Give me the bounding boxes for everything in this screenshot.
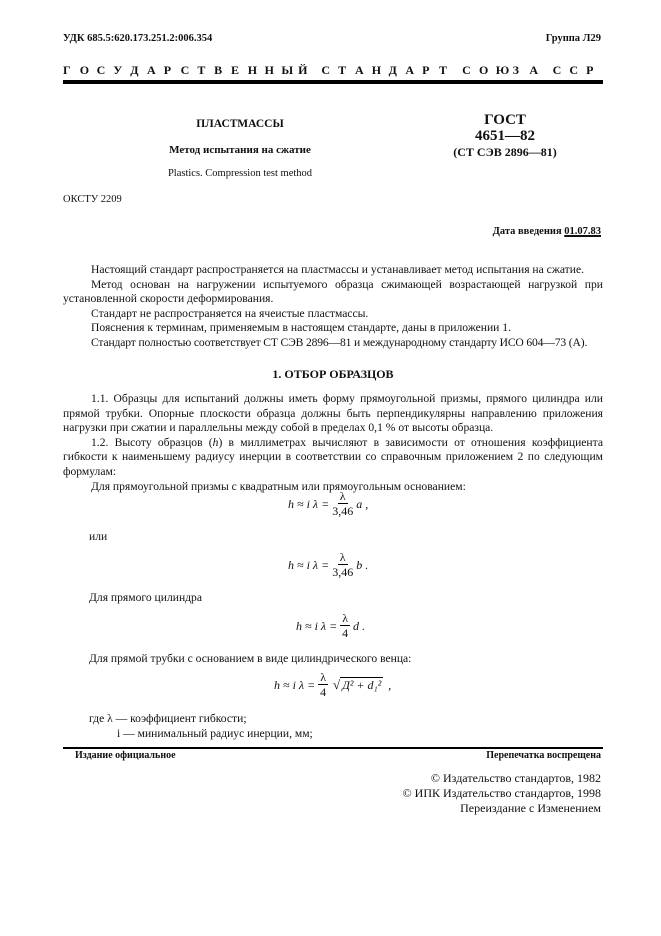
formula-var: d .: [353, 619, 365, 634]
radical-sign: √: [333, 677, 340, 693]
square-root: √Д² + d₁²: [333, 677, 383, 693]
formula-lhs: h ≈ i λ =: [288, 558, 329, 573]
formula-punct: ,: [388, 678, 391, 693]
date-label: Дата введения: [493, 226, 562, 237]
formula-prism-b: h ≈ i λ = λ3,46 b .: [288, 551, 368, 579]
copyright-1982: © Издательство стандартов, 1982: [431, 771, 601, 786]
st-sev-number: (СТ СЭВ 2896—81): [420, 145, 590, 160]
formula-prism-a: h ≈ i λ = λ3,46 a ,: [288, 490, 368, 518]
gost-label: ГОСТ: [420, 112, 590, 129]
denominator: 3,46: [332, 565, 353, 579]
cylinder-intro: Для прямого цилиндра: [89, 591, 202, 604]
udk-code: УДК 685.5:620.173.251.2:006.354: [63, 33, 212, 44]
banner-word: ГОСУДАРСТВЕННЫЙ: [63, 63, 315, 78]
clause-text: 1.2. Высоту образцов (: [91, 436, 213, 449]
formula-tube: h ≈ i λ = λ4 √Д² + d₁² ,: [274, 671, 391, 699]
state-standard-banner: ГОСУДАРСТВЕННЫЙСТАНДАРТСОЮЗАССР: [63, 63, 603, 78]
group-code: Группа Л29: [546, 33, 601, 44]
banner-word: ССР: [553, 63, 603, 78]
numerator: λ: [338, 551, 348, 565]
banner-word: СОЮЗА: [462, 63, 546, 78]
intro-paragraph: Настоящий стандарт распространяется на п…: [63, 263, 603, 278]
section1-paragraphs: 1.1. Образцы для испытаний должны иметь …: [63, 392, 603, 494]
fraction: λ4: [318, 671, 328, 699]
where-lambda: где λ — коэффициент гибкости;: [89, 712, 247, 725]
formula-var: a ,: [356, 497, 368, 512]
clause-1-2: 1.2. Высоту образцов (h) в миллиметрах в…: [63, 436, 603, 480]
okstu-code: ОКСТУ 2209: [63, 194, 122, 205]
official-edition: Издание официальное: [75, 750, 176, 761]
formula-cylinder: h ≈ i λ = λ4 d .: [296, 612, 365, 640]
or-text: или: [89, 530, 107, 543]
document-title: ПЛАСТМАССЫ: [120, 118, 360, 130]
formula-lhs: h ≈ i λ =: [296, 619, 337, 634]
reissue-note: Переиздание с Изменением: [460, 801, 601, 816]
gost-number: 4651—82: [420, 128, 590, 145]
intro-paragraph: Пояснения к терминам, применяемым в наст…: [63, 321, 603, 336]
header-rule: [63, 80, 603, 84]
copyright-1998: © ИПК Издательство стандартов, 1998: [403, 786, 601, 801]
banner-word: СТАНДАРТ: [321, 63, 455, 78]
where-i: i — минимальный радиус инерции, мм;: [117, 727, 313, 740]
tube-intro: Для прямой трубки с основанием в виде ци…: [89, 652, 411, 665]
denominator: 4: [320, 685, 326, 699]
fraction: λ3,46: [332, 490, 353, 518]
clause-1-1: 1.1. Образцы для испытаний должны иметь …: [63, 392, 603, 436]
numerator: λ: [318, 671, 328, 685]
numerator: λ: [338, 490, 348, 504]
document-subtitle: Метод испытания на сжатие: [120, 144, 360, 156]
formula-var: b .: [356, 558, 368, 573]
reprint-prohibited: Перепечатка воспрещена: [486, 750, 601, 761]
introduction-date: Дата введения 01.07.83: [493, 226, 601, 237]
intro-paragraph: Стандарт полностью соответствует СТ СЭВ …: [63, 336, 603, 351]
formula-lhs: h ≈ i λ =: [288, 497, 329, 512]
radicand: Д² + d₁²: [340, 677, 383, 693]
formula-lhs: h ≈ i λ =: [274, 678, 315, 693]
section-heading: 1. ОТБОР ОБРАЗЦОВ: [63, 367, 603, 382]
numerator: λ: [340, 612, 350, 626]
footer-rule: [63, 747, 603, 749]
english-title: Plastics. Compression test method: [120, 168, 360, 179]
intro-paragraphs: Настоящий стандарт распространяется на п…: [63, 263, 603, 351]
intro-paragraph: Метод основан на нагружении испытуемого …: [63, 278, 603, 307]
denominator: 4: [342, 626, 348, 640]
date-value: 01.07.83: [564, 226, 601, 237]
intro-paragraph: Стандарт не распространяется на ячеистые…: [63, 307, 603, 322]
fraction: λ4: [340, 612, 350, 640]
denominator: 3,46: [332, 504, 353, 518]
fraction: λ3,46: [332, 551, 353, 579]
